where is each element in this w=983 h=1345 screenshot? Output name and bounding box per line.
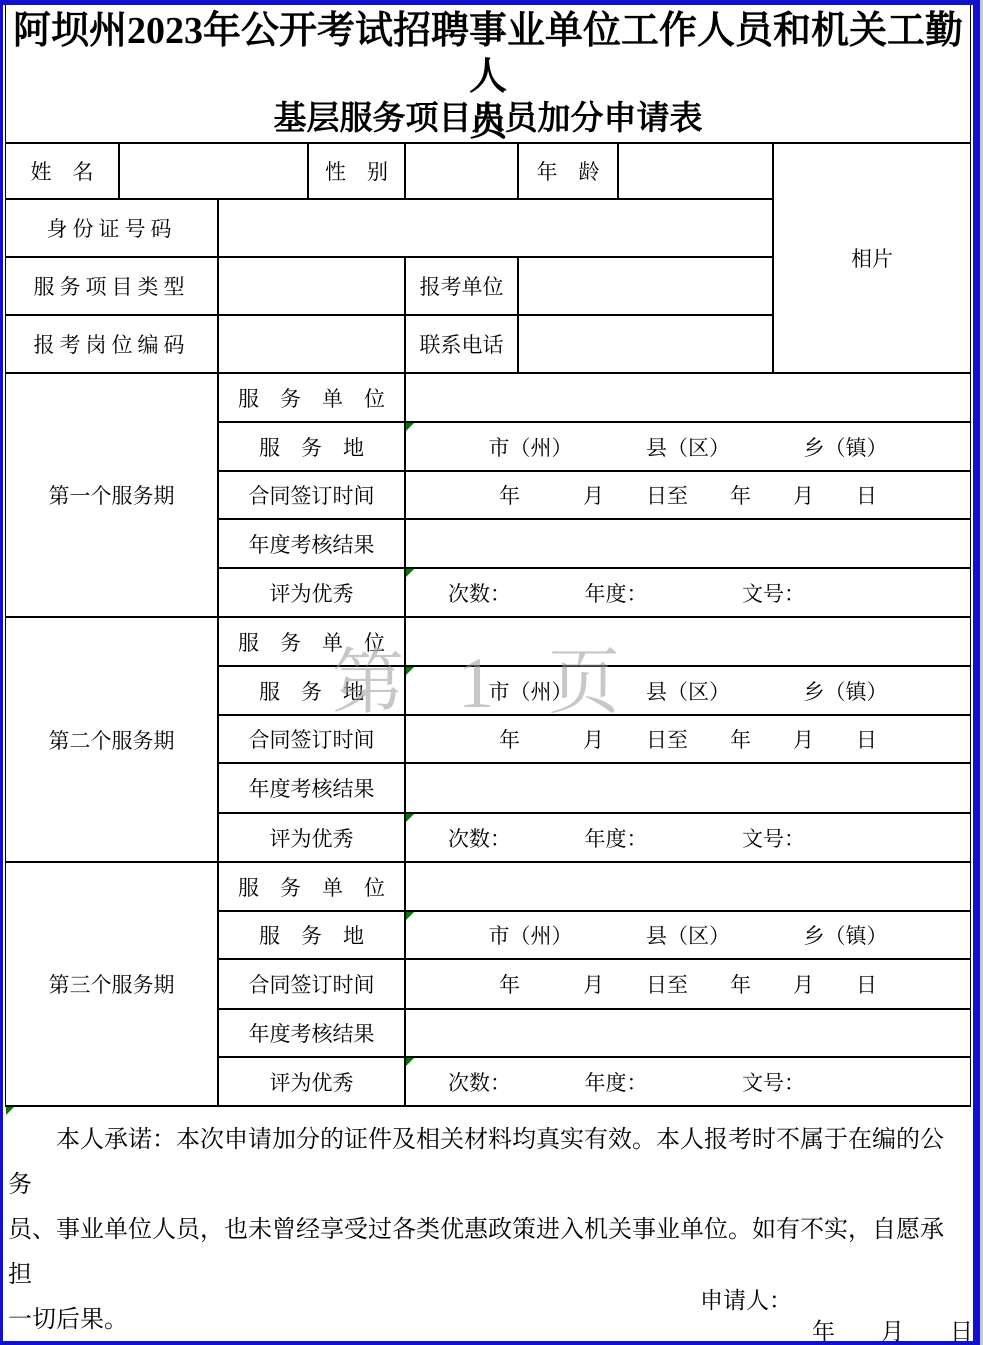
signature-date-line: 年 月 日 — [812, 1313, 973, 1345]
section-1-assessment-label: 年度考核结果 — [218, 519, 405, 568]
green-corner-marker-icon — [406, 569, 414, 577]
applicant-signature-label: 申请人： — [700, 1282, 792, 1315]
section-3-contract-label: 合同签订时间 — [218, 959, 405, 1009]
section-2-excellent-label: 评为优秀 — [218, 813, 405, 862]
green-corner-marker-icon — [6, 1107, 14, 1115]
position-code-label: 报考岗位编码 — [5, 315, 218, 373]
section-2-period-label: 第二个服务期 — [5, 617, 218, 862]
section-3-location-label: 服 务 地 — [218, 911, 405, 959]
service-type-value-cell[interactable] — [218, 257, 405, 315]
section-1-contract-label: 合同签订时间 — [218, 471, 405, 519]
section-1-location-value-cell[interactable]: 市（州） 县（区） 乡（镇） — [405, 422, 971, 471]
apply-unit-label: 报考单位 — [405, 257, 518, 315]
age-value-cell[interactable] — [618, 143, 773, 199]
service-type-label: 服务项目类型 — [5, 257, 218, 315]
table-bottom-border — [5, 1105, 971, 1107]
section-1-location-label: 服 务 地 — [218, 422, 405, 471]
green-corner-marker-icon — [406, 912, 414, 920]
section-3-unit-label: 服 务 单 位 — [218, 862, 405, 911]
section-2-assessment-label: 年度考核结果 — [218, 763, 405, 813]
section-3-assessment-value-cell[interactable] — [405, 1009, 971, 1057]
section-1-period-label: 第一个服务期 — [5, 373, 218, 617]
age-label: 年 龄 — [518, 143, 618, 199]
id-number-label: 身份证号码 — [5, 199, 218, 257]
section-3-excellent-value-cell[interactable]: 次数： 年度： 文号： — [405, 1057, 971, 1106]
section-1-assessment-value-cell[interactable] — [405, 519, 971, 568]
form-page: 阿坝州2023年公开考试招聘事业单位工作人员和机关工勤人 员 基层服务项目人员加… — [0, 0, 983, 1345]
section-3-location-value-cell[interactable]: 市（州） 县（区） 乡（镇） — [405, 911, 971, 959]
phone-value-cell[interactable] — [518, 315, 773, 373]
section-1-contract-value-cell[interactable]: 年 月 日至 年 月 日 — [405, 471, 971, 519]
window-border-left — [0, 0, 3, 1345]
gender-value-cell[interactable] — [405, 143, 518, 199]
section-1-unit-label: 服 务 单 位 — [218, 373, 405, 422]
section-1-unit-value-cell[interactable] — [405, 373, 971, 422]
green-corner-marker-icon — [406, 423, 414, 431]
form-subtitle: 基层服务项目人员加分申请表 — [10, 100, 966, 138]
section-3-unit-value-cell[interactable] — [405, 862, 971, 911]
section-3-assessment-label: 年度考核结果 — [218, 1009, 405, 1057]
section-3-excellent-label: 评为优秀 — [218, 1057, 405, 1106]
name-label: 姓 名 — [5, 143, 119, 199]
photo-cell: 相片 — [773, 143, 971, 373]
phone-label: 联系电话 — [405, 315, 518, 373]
section-2-assessment-value-cell[interactable] — [405, 763, 971, 813]
apply-unit-value-cell[interactable] — [518, 257, 773, 315]
green-corner-marker-icon — [406, 814, 414, 822]
section-1-excellent-label: 评为优秀 — [218, 568, 405, 617]
gender-label: 性 别 — [308, 143, 405, 199]
position-code-value-cell[interactable] — [218, 315, 405, 373]
page-number-watermark: 第 1 页 — [332, 638, 620, 728]
name-value-cell[interactable] — [119, 143, 308, 199]
section-3-contract-value-cell[interactable]: 年 月 日至 年 月 日 — [405, 959, 971, 1009]
id-number-value-cell[interactable] — [218, 199, 773, 257]
section-2-excellent-value-cell[interactable]: 次数： 年度： 文号： — [405, 813, 971, 862]
declaration-text: 本人承诺：本次申请加分的证件及相关材料均真实有效。本人报考时不属于在编的公务 员… — [8, 1118, 966, 1343]
section-3-period-label: 第三个服务期 — [5, 862, 218, 1106]
window-border-right — [973, 0, 980, 1345]
green-corner-marker-icon — [406, 1058, 414, 1066]
section-1-excellent-value-cell[interactable]: 次数： 年度： 文号： — [405, 568, 971, 617]
